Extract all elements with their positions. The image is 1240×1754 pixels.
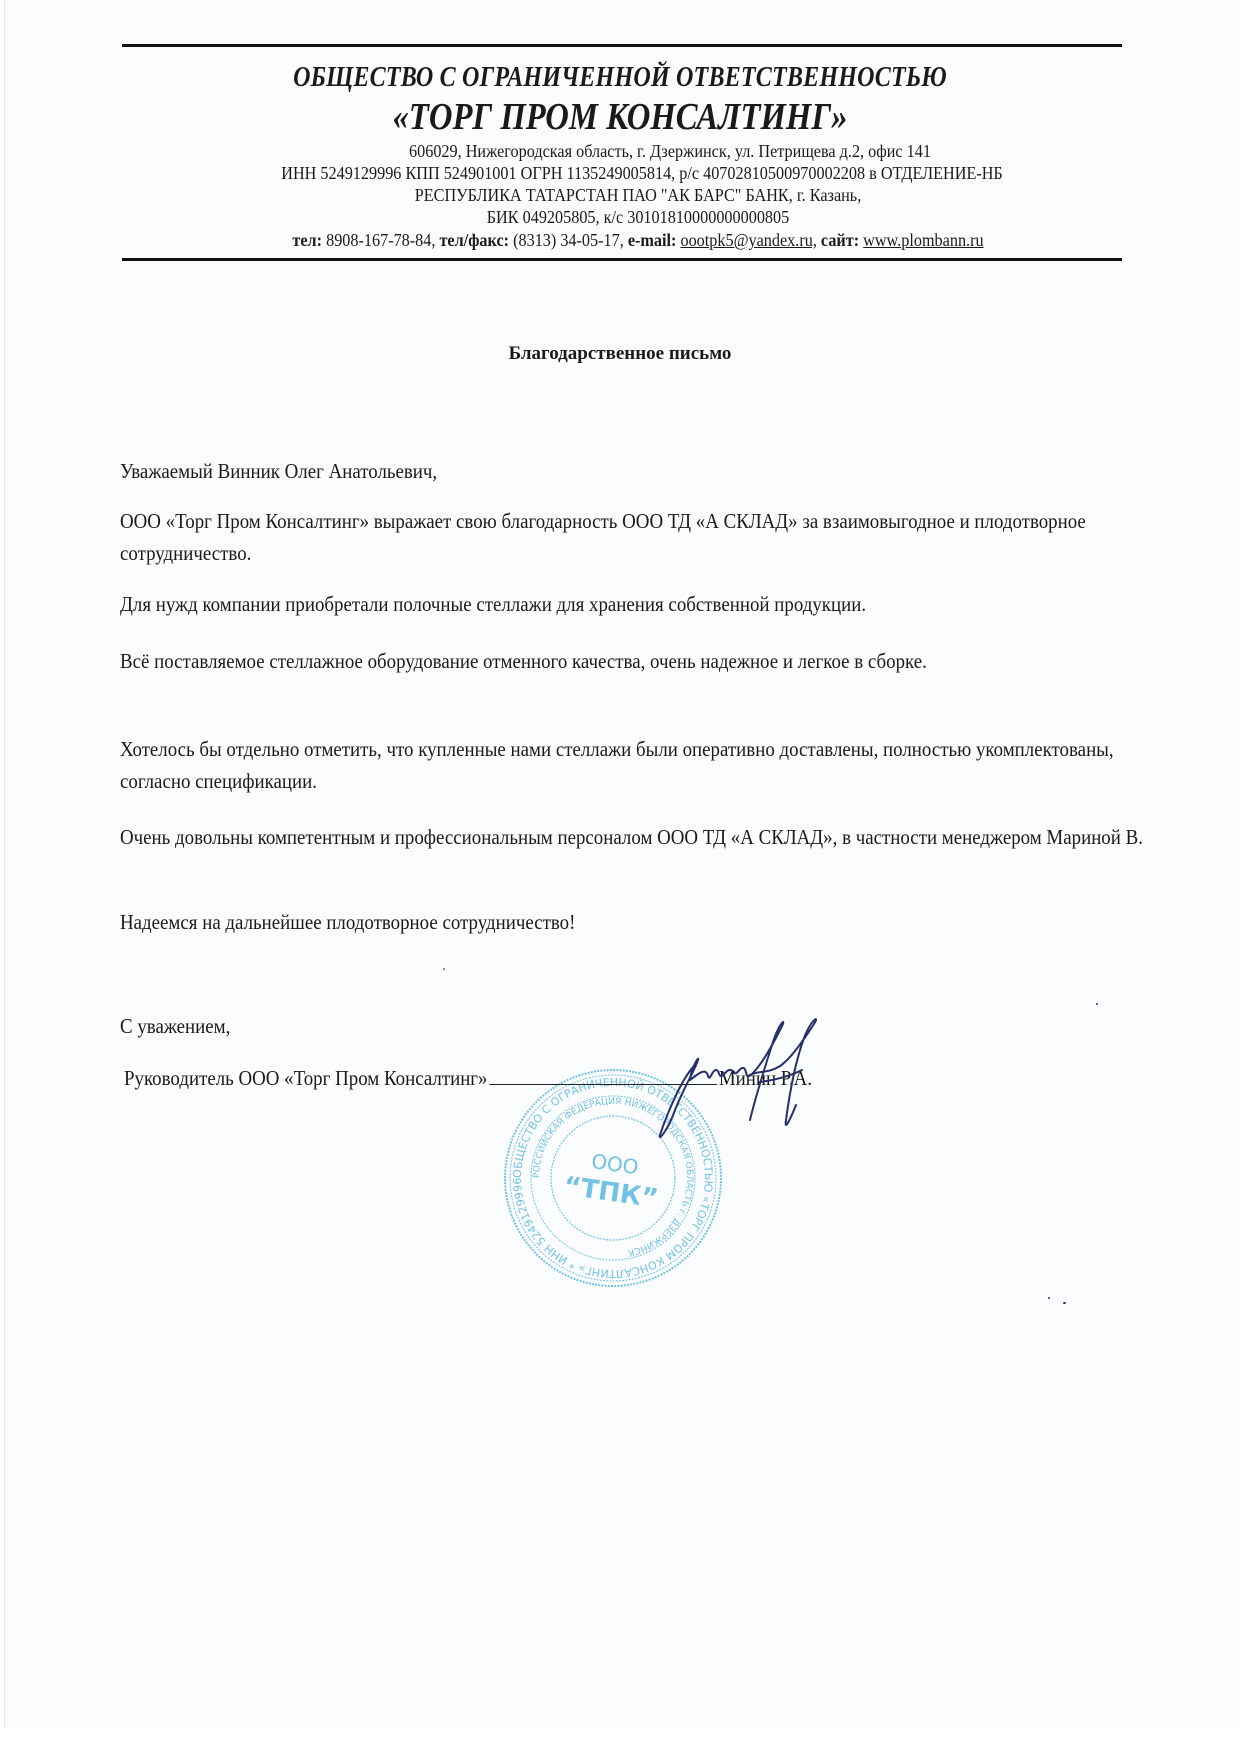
- org-address: 606029, Нижегородская область, г. Дзержи…: [112, 140, 1228, 162]
- phone-value: 8908-167-78-84,: [326, 230, 435, 250]
- letter-closing: С уважением,: [120, 1010, 1029, 1042]
- letter-paragraph: Для нужд компании приобретали полочные с…: [120, 588, 1137, 620]
- letter-paragraph: Всё поставляемое стеллажное оборудование…: [120, 645, 1137, 677]
- handwritten-signature-icon: [640, 1010, 870, 1150]
- scan-speck: [1048, 1297, 1050, 1299]
- scan-speck: [1063, 1302, 1066, 1304]
- letterhead-bottom-rule: [122, 258, 1122, 261]
- letter-paragraph: ООО «Торг Пром Консалтинг» выражает свою…: [120, 505, 1128, 569]
- email-label: e-mail:: [628, 230, 677, 250]
- fax-label: тел/факс:: [439, 230, 509, 250]
- org-legal-form: ОБЩЕСТВО С ОГРАНИЧЕННОЙ ОТВЕТСТВЕННОСТЬЮ: [87, 62, 1153, 94]
- org-contacts: тел: 8908-167-78-84, тел/факс: (8313) 34…: [80, 229, 1196, 251]
- org-bank-details-1: ИНН 5249129996 КПП 524901001 ОГРН 113524…: [84, 162, 1200, 184]
- letterhead-top-rule: [122, 44, 1122, 47]
- email-link[interactable]: oootpk5@yandex.ru,: [680, 230, 816, 250]
- scan-speck: [1096, 1003, 1098, 1005]
- letter-paragraph: Надеемся на дальнейшее плодотворное сотр…: [120, 906, 1029, 938]
- scan-speck: [443, 968, 445, 970]
- stamp-center-line1: ООО: [590, 1149, 640, 1179]
- fax-value: (8313) 34-05-17,: [513, 230, 624, 250]
- phone-label: тел:: [292, 230, 322, 250]
- org-bank-details-3: БИК 049205805, к/с 30101810000000000805: [80, 206, 1196, 228]
- website-link[interactable]: www.plombann.ru: [863, 230, 983, 250]
- signatory-position: Руководитель ООО «Торг Пром Консалтинг»: [124, 1066, 488, 1090]
- stamp-center-line2: “ТПК”: [562, 1171, 660, 1214]
- org-name: «ТОРГ ПРОМ КОНСАЛТИНГ»: [87, 95, 1153, 139]
- letter-title: Благодарственное письмо: [0, 343, 1240, 365]
- letter-paragraph: Хотелось бы отдельно отметить, что купле…: [120, 733, 1146, 797]
- letter-greeting: Уважаемый Винник Олег Анатольевич,: [120, 455, 1029, 487]
- site-label: сайт:: [821, 230, 859, 250]
- org-bank-details-2: РЕСПУБЛИКА ТАТАРСТАН ПАО "АК БАРС" БАНК,…: [80, 184, 1196, 206]
- letter-paragraph: Очень довольны компетентным и профессион…: [120, 821, 1146, 853]
